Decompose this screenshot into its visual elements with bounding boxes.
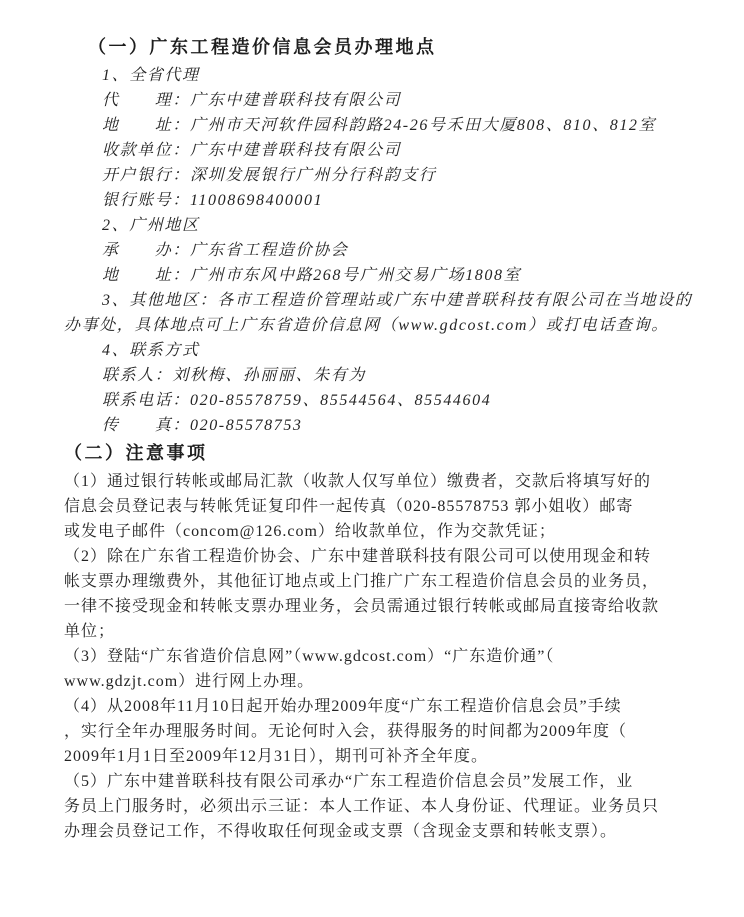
note-2-line-2: 帐支票办理缴费外，其他征订地点或上门推广广东工程造价信息会员的业务员， [0,569,744,594]
line-fax-number: 传 真：020-85578753 [0,413,744,438]
line-subitem-province-agent: 1、全省代理 [0,63,744,88]
note-5-line-2: 务员上门服务时，必须出示三证：本人工作证、本人身份证、代理证。业务员只 [0,794,744,819]
line-bank-account: 银行账号：11008698400001 [0,188,744,213]
document-page: （一）广东工程造价信息会员办理地点 1、全省代理 代 理：广东中建普联科技有限公… [0,0,744,917]
line-organizer-address: 地 址：广州市东风中路268号广州交易广场1808室 [0,263,744,288]
note-1-line-3: 或发电子邮件（concom@126.com）给收款单位，作为交款凭证； [0,519,744,544]
note-2-line-3: 一律不接受现金和转帐支票办理业务，会员需通过银行转帐或邮局直接寄给收款 [0,594,744,619]
note-5-line-3: 办理会员登记工作，不得收取任何现金或支票（含现金支票和转帐支票）。 [0,819,744,844]
line-agent-name: 代 理：广东中建普联科技有限公司 [0,88,744,113]
note-3-line-2: www.gdzjt.com）进行网上办理。 [0,669,744,694]
note-1-line-1: （1）通过银行转帐或邮局汇款（收款人仅写单位）缴费者，交款后将填写好的 [0,469,744,494]
line-contact-phones: 联系电话：020-85578759、85544564、85544604 [0,388,744,413]
line-deposit-bank: 开户银行：深圳发展银行广州分行科韵支行 [0,163,744,188]
line-contact-persons: 联系人：刘秋梅、孙丽丽、朱有为 [0,363,744,388]
line-other-areas-2: 办事处，具体地点可上广东省造价信息网（www.gdcost.com）或打电话查询… [0,313,744,338]
line-subitem-guangzhou-area: 2、广州地区 [0,213,744,238]
note-4-line-1: （4）从2008年11月10日起开始办理2009年度“广东工程造价信息会员”手续 [0,694,744,719]
note-2-line-1: （2）除在广东省工程造价协会、广东中建普联科技有限公司可以使用现金和转 [0,544,744,569]
line-organizer: 承 办：广东省工程造价协会 [0,238,744,263]
note-1-line-2: 信息会员登记表与转帐凭证复印件一起传真（020-85578753 郭小姐收）邮寄 [0,494,744,519]
note-5-line-1: （5）广东中建普联科技有限公司承办“广东工程造价信息会员”发展工作，业 [0,769,744,794]
note-4-line-2: ，实行全年办理服务时间。无论何时入会，获得服务的时间都为2009年度（ [0,719,744,744]
note-3-line-1: （3）登陆“广东省造价信息网”（www.gdcost.com）“广东造价通”（ [0,644,744,669]
section1-heading: （一）广东工程造价信息会员办理地点 [0,0,744,63]
section2-heading: （二）注意事项 [0,438,744,469]
note-2-line-4: 单位； [0,619,744,644]
line-agent-address: 地 址：广州市天河软件园科韵路24-26号禾田大厦808、810、812室 [0,113,744,138]
line-subitem-contact-method: 4、联系方式 [0,338,744,363]
line-other-areas-1: 3、其他地区：各市工程造价管理站或广东中建普联科技有限公司在当地设的 [0,288,744,313]
line-payee-unit: 收款单位：广东中建普联科技有限公司 [0,138,744,163]
note-4-line-3: 2009年1月1日至2009年12月31日），期刊可补齐全年度。 [0,744,744,769]
